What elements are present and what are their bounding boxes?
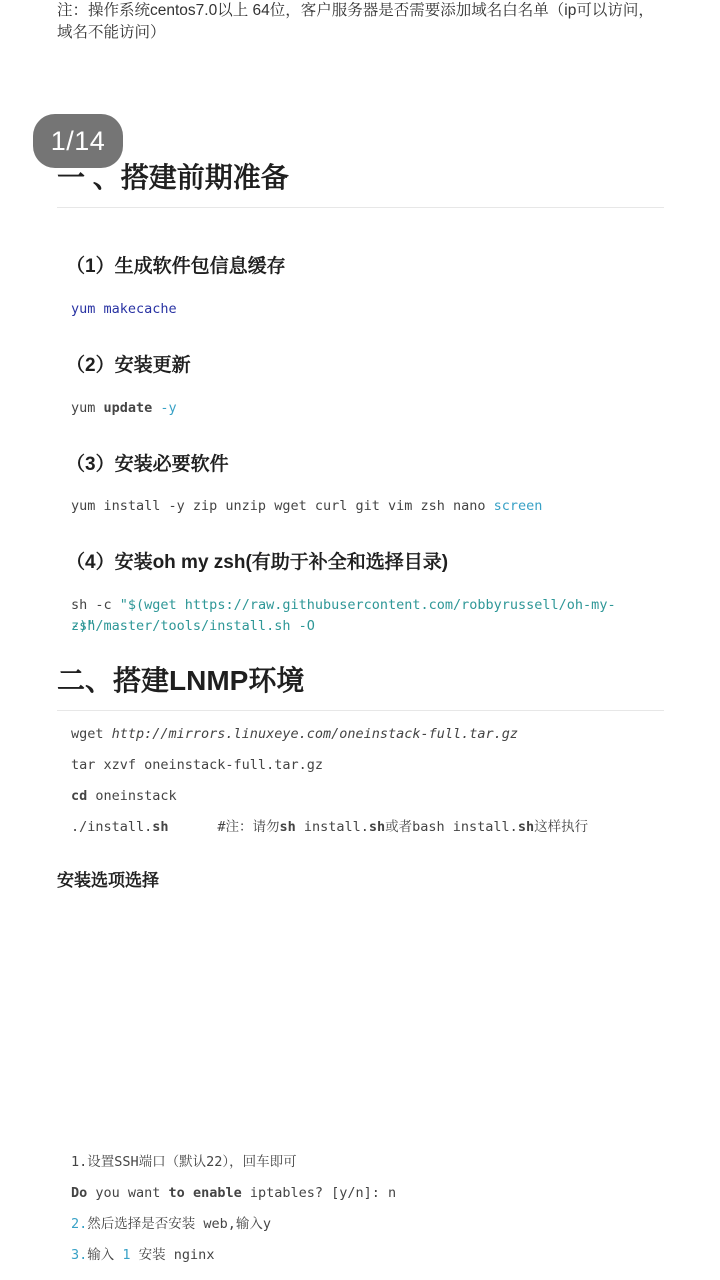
code-token: screen (494, 498, 543, 514)
code-token: iptables? [y/n]: n (242, 1185, 396, 1201)
code-token: 1 (122, 1247, 130, 1263)
code-token: -)" (71, 618, 95, 634)
code-token: cd (71, 788, 87, 804)
code-token: sh -c (71, 597, 120, 613)
code-token: 输入 (87, 1247, 122, 1263)
code-token: tar xzvf oneinstack-full.tar.gz (71, 757, 323, 773)
section1-note: 注：操作系统centos7.0以上 64位，客户服务器是否需要添加域名白名单（i… (57, 0, 667, 44)
code-line-wget-oneinstack: wget http://mirrors.linuxeye.com/oneinst… (71, 724, 671, 745)
code-token: yum (71, 400, 104, 416)
code-token: update (104, 400, 153, 416)
code-token: 2. (71, 1216, 87, 1232)
code-line-yum-update: yum update -y (71, 398, 671, 419)
code-token: Do (71, 1185, 87, 1201)
code-token: wget (71, 726, 112, 742)
code-line-cd: cd oneinstack (71, 786, 671, 807)
install-options-subheading: 安装选项选择 (57, 866, 159, 891)
code-token: 安装 nginx (131, 1247, 215, 1263)
code-token: 这样执行 (534, 819, 588, 835)
code-token: 或者bash install. (385, 819, 518, 835)
code-token: sh (369, 819, 385, 835)
code-token: you want (87, 1185, 168, 1201)
code-token: install. (296, 819, 369, 835)
code-line-ohmyzsh-2: -)" (71, 616, 671, 637)
code-token: oneinstack (87, 788, 176, 804)
code-token: to (169, 1185, 185, 1201)
section1-title: 一 、搭建前期准备 (57, 156, 664, 208)
code-token: http://mirrors.linuxeye.com/oneinstack-f… (112, 726, 518, 742)
code-line-install-sh: ./install.sh #注：请勿sh install.sh或者bash in… (71, 817, 671, 838)
document-page: 1/14 一 、搭建前期准备 注：操作系统centos7.0以上 64位，客户服… (0, 0, 720, 1280)
code-token: -y (152, 400, 176, 416)
step-line-4: 3.输入 1 安装 nginx (71, 1245, 671, 1266)
code-token (185, 1185, 193, 1201)
code-line-tar: tar xzvf oneinstack-full.tar.gz (71, 755, 671, 776)
code-line-yum-install: yum install -y zip unzip wget curl git v… (71, 496, 671, 517)
subsection-2-heading: （2）安装更新 (66, 350, 191, 377)
subsection-3-heading: （3）安装必要软件 (66, 449, 229, 476)
subsection-1-heading: （1）生成软件包信息缓存 (66, 251, 286, 278)
code-token: yum install -y zip unzip wget curl git v… (71, 498, 494, 514)
code-token: enable (193, 1185, 242, 1201)
step-line-3: 2.然后选择是否安装 web,输入y (71, 1214, 671, 1235)
code-token: 1.设置SSH端口（默认22），回车即可 (71, 1154, 297, 1170)
step-line-2: Do you want to enable iptables? [y/n]: n (71, 1183, 671, 1204)
code-token: sh (518, 819, 534, 835)
code-token: 3. (71, 1247, 87, 1263)
code-token: ./install. (71, 819, 152, 835)
code-line-yum-makecache: yum makecache (71, 299, 671, 320)
subsection-4-heading: （4）安装oh my zsh(有助于补全和选择目录) (66, 547, 448, 574)
code-token: #注：请勿 (169, 819, 280, 835)
step-line-1: 1.设置SSH端口（默认22），回车即可 (71, 1152, 671, 1173)
section2-title: 二、搭建LNMP环境 (57, 659, 664, 711)
code-token: 然后选择是否安装 web,输入y (87, 1216, 271, 1232)
code-token: yum makecache (71, 301, 177, 317)
code-token: sh (152, 819, 168, 835)
code-token: sh (279, 819, 295, 835)
